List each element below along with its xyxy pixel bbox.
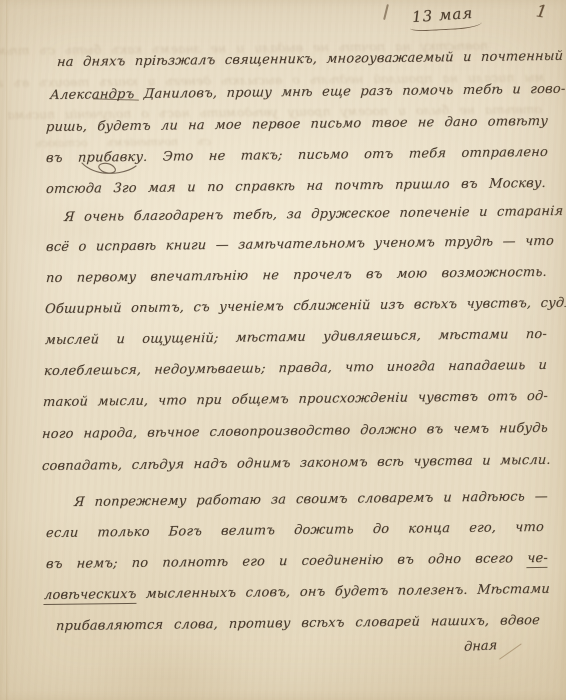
manuscript-line: такой мысли, что при общемъ происхождені… [43, 389, 549, 410]
page-number: 1 [535, 1, 549, 22]
manuscript-line: прибавляются слова, противу всѣхъ словар… [56, 613, 541, 634]
manuscript-line: совпадать, слѣдуя надъ однимъ закономъ в… [42, 453, 550, 474]
line-text: Я попрежнему работаю за своимъ словаремъ… [74, 489, 549, 510]
manuscript-line: мыслей и ощущеній; мѣстами удивляешься, … [45, 327, 548, 348]
manuscript-line: ного народа, вѣчное словопроизводство до… [42, 421, 549, 442]
line-text: Обширный опытъ, съ ученіемъ сближеній из… [45, 296, 566, 317]
manuscript-line: Я попрежнему работаю за своимъ словаремъ… [74, 489, 549, 510]
line-text: такой мысли, что при общемъ происхождені… [43, 389, 549, 410]
catchword: дная [464, 638, 497, 655]
underlined-word: че- [527, 551, 549, 568]
line-text: совпадать, слѣдуя надъ однимъ закономъ в… [42, 453, 552, 474]
manuscript-line: Обширный опытъ, съ ученіемъ сближеній из… [45, 296, 549, 317]
line-text: Я очень благодаренъ тебѣ, за дружеское п… [64, 204, 564, 225]
line-text: мысленныхъ словъ, онъ будетъ полезенъ. М… [136, 582, 550, 602]
manuscript-page-scan: повѣстку на почтѣ не выдали и не знаемъ … [0, 0, 566, 700]
verso-bleed-line: съ почтеніемъ остаюсь [36, 135, 211, 150]
line-text: прибавляются слова, противу всѣхъ словар… [56, 613, 541, 634]
manuscript-line: всё о исправѣ книги — замѣчательномъ уче… [46, 234, 547, 255]
underlined-word: ловѣческихъ [43, 587, 137, 605]
line-text: мыслей и ощущеній; мѣстами удивляешься, … [45, 327, 548, 348]
manuscript-line: ловѣческихъ мысленныхъ словъ, онъ будетъ… [44, 582, 548, 603]
line-text: если только Богъ велитъ дожить до конца … [46, 520, 545, 541]
scratch-mark [499, 643, 522, 660]
line-text: всё о исправѣ книги — замѣчательномъ уче… [46, 234, 555, 255]
paper-crease [6, 0, 8, 700]
line-text: по первому впечатлѣнію не прочелъ въ мою… [46, 265, 548, 286]
manuscript-line: въ немъ; по полнотѣ его и соединенію въ … [46, 551, 549, 572]
line-text: отсюда 3го мая и по справкѣ на почтѣ при… [46, 176, 547, 197]
manuscript-line: по первому впечатлѣнію не прочелъ въ мою… [46, 265, 548, 286]
manuscript-line: отсюда 3го мая и по справкѣ на почтѣ при… [46, 176, 547, 197]
manuscript-line: колеблешься, недоумѣваешь; правда, что и… [44, 358, 548, 379]
manuscript-line: Я очень благодаренъ тебѣ, за дружеское п… [64, 204, 550, 225]
line-text: ного народа, вѣчное словопроизводство до… [42, 421, 549, 442]
line-text: колеблешься, недоумѣваешь; правда, что и… [44, 358, 548, 379]
line-text: въ немъ; по полнотѣ его и соединенію въ … [46, 551, 528, 572]
manuscript-line: если только Богъ велитъ дожить до конца … [46, 520, 545, 541]
stray-pen-mark [383, 4, 388, 20]
